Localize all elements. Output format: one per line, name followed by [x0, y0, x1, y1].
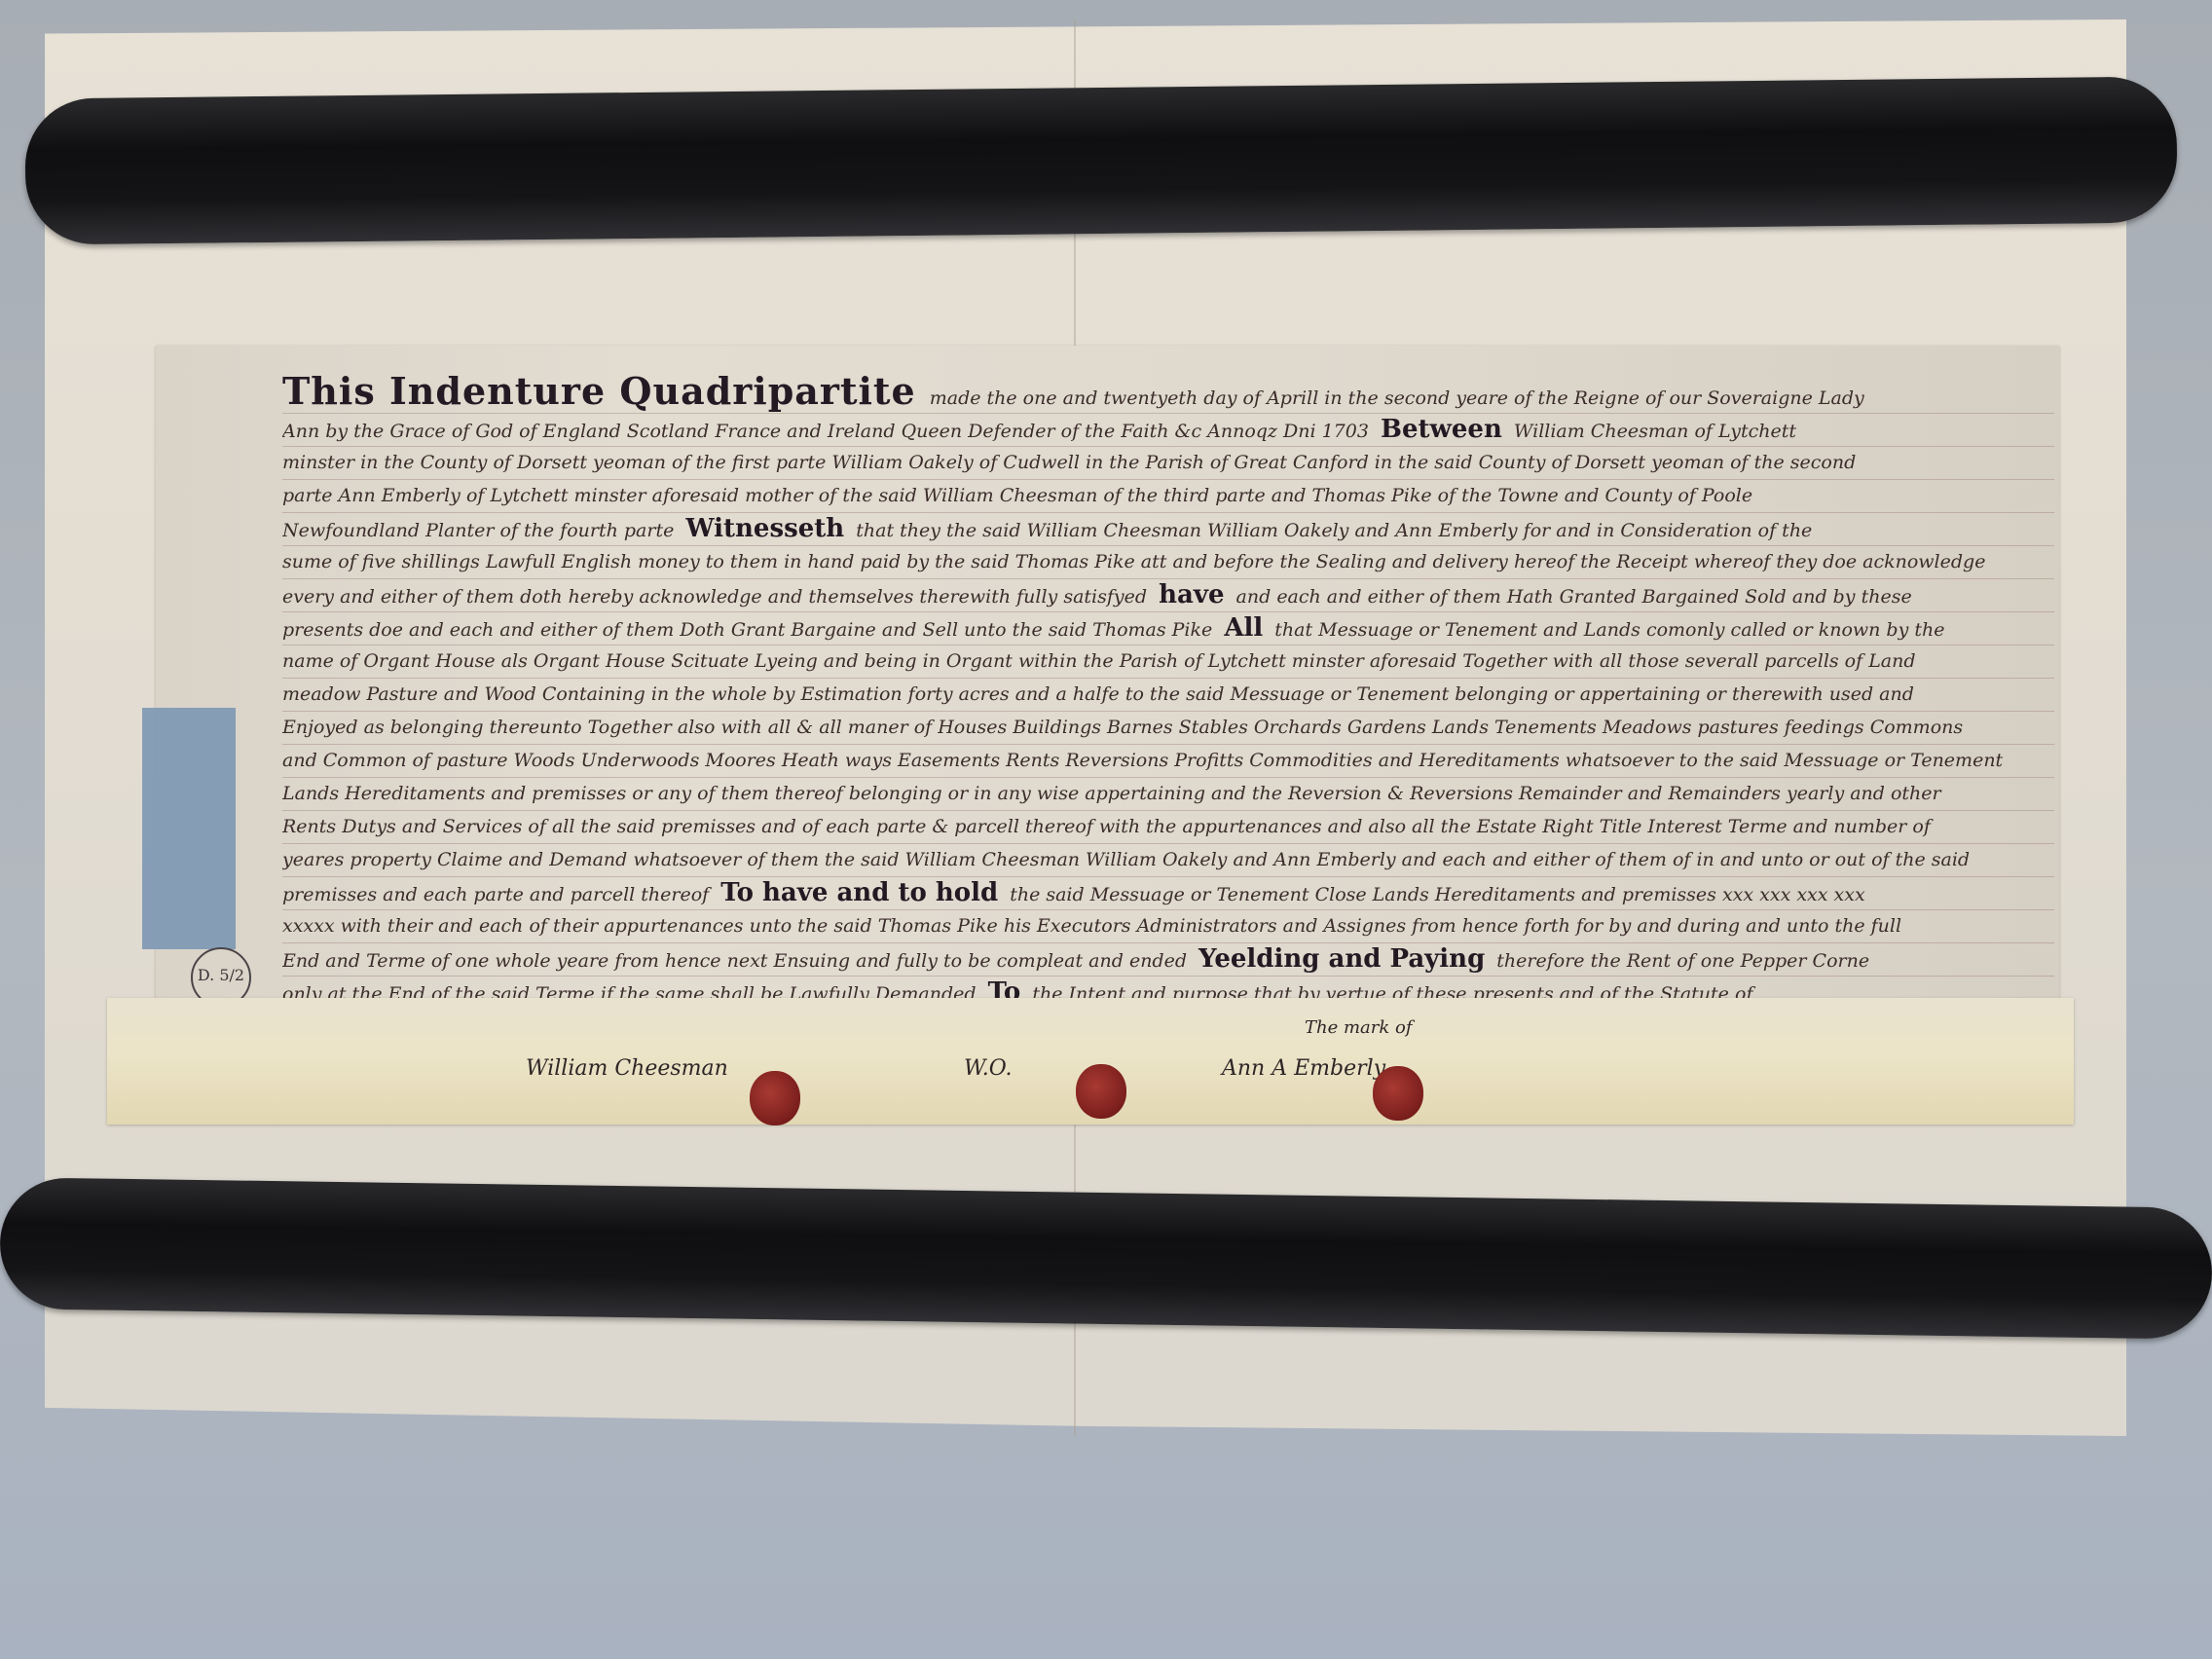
signature-ann-emberly: Ann A Emberly — [1222, 1056, 1385, 1081]
top-roller-weight — [24, 76, 2177, 244]
keyword-witnesseth: Witnesseth — [685, 514, 844, 543]
deed-line: yeares property Claime and Demand whatso… — [282, 844, 2054, 877]
deed-line: meadow Pasture and Wood Containing in th… — [282, 679, 2054, 712]
deed-heading: This Indenture Quadripartite — [282, 369, 916, 413]
deed-line: name of Organt House als Organt House Sc… — [282, 645, 2054, 679]
deed-line: minster in the County of Dorsett yeoman … — [282, 447, 2054, 480]
deed-line: parte Ann Emberly of Lytchett minster af… — [282, 480, 2054, 513]
wax-seal-1 — [750, 1071, 800, 1125]
deed-line: Newfoundland Planter of the fourth parte… — [282, 513, 2054, 546]
deed-line: End and Terme of one whole yeare from he… — [282, 943, 2054, 977]
signature-william-oakely: W.O. — [964, 1056, 1013, 1081]
keyword-all: All — [1224, 613, 1263, 643]
deed-text: This Indenture Quadripartite made the on… — [282, 362, 2054, 1076]
deed-line: premisses and each parte and parcell the… — [282, 877, 2054, 910]
deed-line: Rents Dutys and Services of all the said… — [282, 811, 2054, 844]
keyword-between: Between — [1381, 415, 1502, 444]
signature-william-cheesman: William Cheesman — [526, 1056, 728, 1081]
deed-line: and Common of pasture Woods Underwoods M… — [282, 745, 2054, 778]
deed-line: presents doe and each and either of them… — [282, 612, 2054, 645]
mark-of-label: The mark of — [1305, 1017, 1413, 1038]
deed-line: Lands Hereditaments and premisses or any… — [282, 778, 2054, 811]
keyword-yeelding-and-paying: Yeelding and Paying — [1198, 944, 1485, 974]
deed-line: Enjoyed as belonging thereunto Together … — [282, 712, 2054, 745]
keyword-to-have-and-to-hold: To have and to hold — [720, 878, 998, 907]
wax-seal-3 — [1373, 1066, 1423, 1121]
deed-line: sume of five shillings Lawfull English m… — [282, 546, 2054, 579]
wax-seal-2 — [1076, 1064, 1126, 1119]
blue-paper-tab — [142, 708, 236, 949]
deed-line: Ann by the Grace of God of England Scotl… — [282, 414, 2054, 447]
keyword-have: have — [1159, 580, 1224, 609]
deed-line: every and either of them doth hereby ack… — [282, 579, 2054, 612]
deed-line: This Indenture Quadripartite made the on… — [282, 362, 2054, 414]
deed-line: xxxxx with their and each of their appur… — [282, 910, 2054, 943]
